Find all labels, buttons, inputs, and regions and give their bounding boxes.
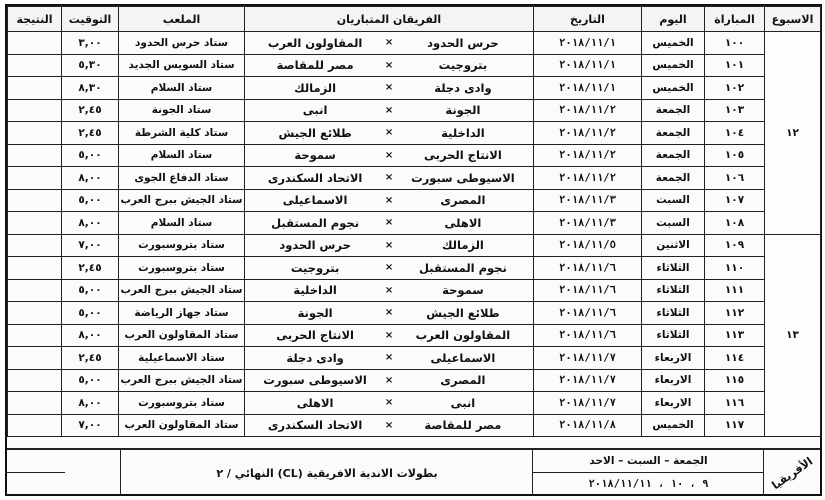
away-team: الانتاج الحربى (257, 328, 373, 342)
match-stadium: ستاد بتروسبورت (119, 392, 245, 415)
match-stadium: ستاد المقاولون العرب (119, 324, 245, 347)
vs-icon: × (385, 375, 393, 386)
match-date: ٢٠١٨/١١/٣ (534, 189, 642, 212)
table-row: ١١٧الخميس٢٠١٨/١١/٨ مصر للمقاصة × الاتحاد… (8, 414, 821, 437)
week-cell: ١٣ (765, 234, 821, 437)
match-stadium: ستاد الجيش ببرج العرب (119, 189, 245, 212)
match-result[interactable] (8, 54, 62, 77)
match-number: ١٠٩ (705, 234, 765, 257)
match-date: ٢٠١٨/١١/٣ (534, 212, 642, 235)
match-number: ١١٣ (705, 324, 765, 347)
match-time: ٨,٠٠ (62, 212, 119, 235)
match-teams: الداخلية × طلائع الجيش (245, 122, 534, 145)
match-time: ٢,٤٥ (62, 122, 119, 145)
match-day: الاثنين (642, 234, 705, 257)
match-number: ١١٦ (705, 392, 765, 415)
match-day: الجمعة (642, 99, 705, 122)
home-team: وادى دجلة (405, 81, 521, 95)
home-team: بتروجيت (405, 58, 521, 72)
schedule-body: ١٢١٠٠الخميس٢٠١٨/١١/١ حرس الحدود × المقاو… (8, 32, 821, 437)
schedule-sheet: الاسبوع المباراة اليوم التاريخ الفريقان … (5, 4, 822, 496)
match-date: ٢٠١٨/١١/٧ (534, 347, 642, 370)
match-day: الجمعة (642, 144, 705, 167)
away-team: المقاولون العرب (257, 36, 373, 50)
table-row: ١٣١٠٩الاثنين٢٠١٨/١١/٥ الزمالك × حرس الحد… (8, 234, 821, 257)
match-teams: مصر للمقاصة × الاتحاد السكندرى (245, 414, 534, 437)
match-number: ١٠٦ (705, 167, 765, 190)
match-date: ٢٠١٨/١١/٢ (534, 122, 642, 145)
match-stadium: ستاد السلام (119, 144, 245, 167)
header-week: الاسبوع (765, 7, 821, 32)
vs-icon: × (385, 172, 393, 183)
match-result[interactable] (8, 414, 62, 437)
table-row: ١٢١٠٠الخميس٢٠١٨/١١/١ حرس الحدود × المقاو… (8, 32, 821, 55)
match-date: ٢٠١٨/١١/١ (534, 77, 642, 100)
match-day: الخميس (642, 54, 705, 77)
match-number: ١١٠ (705, 257, 765, 280)
match-day: الجمعة (642, 122, 705, 145)
match-result[interactable] (8, 347, 62, 370)
home-team: المصرى (405, 373, 521, 387)
footer-row: الأفريقيا الجمعة – السبت – الاحد ٩ ، ١٠ … (7, 448, 820, 496)
match-time: ٨,٠٠ (62, 167, 119, 190)
table-row: ١٠٥الجمعة٢٠١٨/١١/٢ الانتاج الحربى × سموح… (8, 144, 821, 167)
match-stadium: ستاد الاسماعيلية (119, 347, 245, 370)
home-team: نجوم المستقبل (405, 261, 521, 275)
match-date: ٢٠١٨/١١/٦ (534, 302, 642, 325)
table-row: ١١٢الثلاثاء٢٠١٨/١١/٦ طلائع الجيش × الجون… (8, 302, 821, 325)
match-stadium: ستاد حرس الحدود (119, 32, 245, 55)
match-day: الخميس (642, 32, 705, 55)
match-result[interactable] (8, 167, 62, 190)
home-team: الاسيوطى سبورت (405, 171, 521, 185)
match-time: ٥,٠٠ (62, 144, 119, 167)
match-number: ١١٢ (705, 302, 765, 325)
away-team: الجونة (257, 306, 373, 320)
match-teams: الانتاج الحربى × سموحة (245, 144, 534, 167)
match-teams: الاسيوطى سبورت × الاتحاد السكندرى (245, 167, 534, 190)
match-stadium: ستاد الجونة (119, 99, 245, 122)
match-time: ٥,٠٠ (62, 189, 119, 212)
vs-icon: × (385, 82, 393, 93)
footer-title: بطولات الاندية الافريقية (CL) النهائي / … (120, 450, 533, 496)
match-number: ١٠٨ (705, 212, 765, 235)
table-row: ١١٦الاربعاء٢٠١٨/١١/٧ انبى × الاهلى ستاد … (8, 392, 821, 415)
match-date: ٢٠١٨/١١/٥ (534, 234, 642, 257)
match-result[interactable] (8, 324, 62, 347)
header-teams: الفريقان المتباريان (245, 7, 534, 32)
table-row: ١١٠الثلاثاء٢٠١٨/١١/٦ نجوم المستقبل × بتر… (8, 257, 821, 280)
header-day: اليوم (642, 7, 705, 32)
away-team: سموحة (257, 148, 373, 162)
footer-label: الأفريقيا (769, 454, 815, 491)
vs-icon: × (385, 420, 393, 431)
match-day: الجمعة (642, 167, 705, 190)
table-row: ١٠٧السبت٢٠١٨/١١/٣ المصرى × الاسماعيلى ست… (8, 189, 821, 212)
match-result[interactable] (8, 369, 62, 392)
away-team: انبى (257, 103, 373, 117)
match-teams: المصرى × الاسماعيلى (245, 189, 534, 212)
match-day: الثلاثاء (642, 302, 705, 325)
match-number: ١٠٠ (705, 32, 765, 55)
match-time: ٨,٠٠ (62, 392, 119, 415)
match-day: السبت (642, 189, 705, 212)
match-number: ١٠٧ (705, 189, 765, 212)
header-result: النتيجة (8, 7, 62, 32)
table-row: ١١٥الاربعاء٢٠١٨/١١/٧ المصرى × الاسيوطى س… (8, 369, 821, 392)
match-time: ٥,٣٠ (62, 54, 119, 77)
match-teams: انبى × الاهلى (245, 392, 534, 415)
footer-dates-cell: الجمعة – السبت – الاحد ٩ ، ١٠ ، ٢٠١٨/١١/… (532, 450, 764, 496)
match-number: ١٠٥ (705, 144, 765, 167)
match-teams: الجونة × انبى (245, 99, 534, 122)
match-stadium: ستاد السويس الجديد (119, 54, 245, 77)
footer-dates: ٩ ، ١٠ ، ٢٠١٨/١١/١١ (533, 473, 764, 495)
match-time: ٢,٤٥ (62, 99, 119, 122)
header-time: التوقيت (62, 7, 119, 32)
match-result[interactable] (8, 234, 62, 257)
match-teams: سموحة × الداخلية (245, 279, 534, 302)
table-row: ١١٤الاربعاء٢٠١٨/١١/٧ الاسماعيلى × وادى د… (8, 347, 821, 370)
match-day: الثلاثاء (642, 279, 705, 302)
footer-result-cell (7, 450, 65, 496)
match-result[interactable] (8, 279, 62, 302)
match-time: ٥,٠٠ (62, 369, 119, 392)
table-row: ١١١الثلاثاء٢٠١٨/١١/٦ سموحة × الداخلية ست… (8, 279, 821, 302)
match-time: ٥,٠٠ (62, 302, 119, 325)
match-day: الاربعاء (642, 392, 705, 415)
vs-icon: × (385, 397, 393, 408)
match-date: ٢٠١٨/١١/٨ (534, 414, 642, 437)
table-row: ١٠١الخميس٢٠١٨/١١/١ بتروجيت × مصر للمقاصة… (8, 54, 821, 77)
match-number: ١٠٣ (705, 99, 765, 122)
match-teams: بتروجيت × مصر للمقاصة (245, 54, 534, 77)
match-time: ٥,٠٠ (62, 279, 119, 302)
away-team: الداخلية (257, 283, 373, 297)
match-stadium: ستاد السلام (119, 212, 245, 235)
away-team: الاتحاد السكندرى (257, 171, 373, 185)
match-date: ٢٠١٨/١١/٢ (534, 167, 642, 190)
vs-icon: × (385, 195, 393, 206)
match-stadium: ستاد جهاز الرياضة (119, 302, 245, 325)
home-team: الانتاج الحربى (405, 148, 521, 162)
vs-icon: × (385, 150, 393, 161)
vs-icon: × (385, 105, 393, 116)
home-team: مصر للمقاصة (405, 418, 521, 432)
match-result[interactable] (8, 99, 62, 122)
home-team: الزمالك (405, 238, 521, 252)
vs-icon: × (385, 307, 393, 318)
match-time: ٨,٠٠ (62, 324, 119, 347)
match-date: ٢٠١٨/١١/٧ (534, 392, 642, 415)
home-team: الداخلية (405, 126, 521, 140)
away-team: حرس الحدود (257, 238, 373, 252)
away-team: وادى دجلة (257, 351, 373, 365)
match-day: الخميس (642, 77, 705, 100)
match-number: ١١١ (705, 279, 765, 302)
away-team: طلائع الجيش (257, 126, 373, 140)
table-row: ١٠٣الجمعة٢٠١٨/١١/٢ الجونة × انبى ستاد ال… (8, 99, 821, 122)
match-result[interactable] (8, 144, 62, 167)
table-row: ١١٣الثلاثاء٢٠١٨/١١/٦ المقاولون العرب × ا… (8, 324, 821, 347)
footer-days: الجمعة – السبت – الاحد (533, 450, 764, 473)
match-result[interactable] (8, 302, 62, 325)
match-number: ١١٤ (705, 347, 765, 370)
match-day: الاربعاء (642, 347, 705, 370)
match-teams: المقاولون العرب × الانتاج الحربى (245, 324, 534, 347)
table-row: ١٠٤الجمعة٢٠١٨/١١/٢ الداخلية × طلائع الجي… (8, 122, 821, 145)
home-team: طلائع الجيش (405, 306, 521, 320)
away-team: بتروجيت (257, 261, 373, 275)
away-team: مصر للمقاصة (257, 58, 373, 72)
match-teams: وادى دجلة × الزمالك (245, 77, 534, 100)
match-date: ٢٠١٨/١١/٧ (534, 369, 642, 392)
vs-icon: × (385, 127, 393, 138)
match-stadium: ستاد بتروسبورت (119, 234, 245, 257)
match-number: ١١٥ (705, 369, 765, 392)
header-stadium: الملعب (119, 7, 245, 32)
match-date: ٢٠١٨/١١/٦ (534, 324, 642, 347)
vs-icon: × (385, 285, 393, 296)
match-stadium: ستاد الجيش ببرج العرب (119, 279, 245, 302)
match-day: الثلاثاء (642, 324, 705, 347)
match-date: ٢٠١٨/١١/٦ (534, 279, 642, 302)
match-day: السبت (642, 212, 705, 235)
week-cell: ١٢ (765, 32, 821, 235)
home-team: سموحة (405, 283, 521, 297)
vs-icon: × (385, 330, 393, 341)
home-team: حرس الحدود (405, 36, 521, 50)
away-team: الزمالك (257, 81, 373, 95)
match-number: ١١٧ (705, 414, 765, 437)
footer-label-cell: الأفريقيا (763, 450, 820, 496)
table-row: ١٠٨السبت٢٠١٨/١١/٣ الاهلى × نجوم المستقبل… (8, 212, 821, 235)
home-team: المصرى (405, 193, 521, 207)
match-date: ٢٠١٨/١١/٦ (534, 257, 642, 280)
match-result[interactable] (8, 257, 62, 280)
away-team: نجوم المستقبل (257, 216, 373, 230)
match-time: ٨,٣٠ (62, 77, 119, 100)
vs-icon: × (385, 37, 393, 48)
vs-icon: × (385, 352, 393, 363)
header-match: المباراة (705, 7, 765, 32)
match-stadium: ستاد كلية الشرطة (119, 122, 245, 145)
away-team: الاسيوطى سبورت (257, 373, 373, 387)
match-day: الخميس (642, 414, 705, 437)
match-time: ٢,٤٥ (62, 257, 119, 280)
match-date: ٢٠١٨/١١/٢ (534, 144, 642, 167)
match-teams: الاهلى × نجوم المستقبل (245, 212, 534, 235)
away-team: الاهلى (257, 396, 373, 410)
match-day: الاربعاء (642, 369, 705, 392)
match-result[interactable] (8, 122, 62, 145)
match-result[interactable] (8, 32, 62, 55)
away-team: الاتحاد السكندرى (257, 418, 373, 432)
match-stadium: ستاد الجيش ببرج العرب (119, 369, 245, 392)
match-result[interactable] (8, 77, 62, 100)
match-date: ٢٠١٨/١١/١ (534, 32, 642, 55)
home-team: المقاولون العرب (405, 328, 521, 342)
match-time: ٧,٠٠ (62, 234, 119, 257)
match-stadium: ستاد بتروسبورت (119, 257, 245, 280)
match-teams: الاسماعيلى × وادى دجلة (245, 347, 534, 370)
header-row: الاسبوع المباراة اليوم التاريخ الفريقان … (8, 7, 821, 32)
match-day: الثلاثاء (642, 257, 705, 280)
table-row: ١٠٦الجمعة٢٠١٨/١١/٢ الاسيوطى سبورت × الات… (8, 167, 821, 190)
vs-icon: × (385, 240, 393, 251)
match-stadium: ستاد السلام (119, 77, 245, 100)
match-number: ١٠٤ (705, 122, 765, 145)
match-stadium: ستاد الدفاع الجوى (119, 167, 245, 190)
schedule-table: الاسبوع المباراة اليوم التاريخ الفريقان … (7, 6, 821, 437)
header-date: التاريخ (534, 7, 642, 32)
match-teams: الزمالك × حرس الحدود (245, 234, 534, 257)
table-row: ١٠٢الخميس٢٠١٨/١١/١ وادى دجلة × الزمالك س… (8, 77, 821, 100)
match-date: ٢٠١٨/١١/١ (534, 54, 642, 77)
vs-icon: × (385, 60, 393, 71)
away-team: الاسماعيلى (257, 193, 373, 207)
home-team: الاهلى (405, 216, 521, 230)
vs-icon: × (385, 217, 393, 228)
match-stadium: ستاد المقاولون العرب (119, 414, 245, 437)
match-teams: نجوم المستقبل × بتروجيت (245, 257, 534, 280)
match-teams: طلائع الجيش × الجونة (245, 302, 534, 325)
match-result[interactable] (8, 212, 62, 235)
home-team: الجونة (405, 103, 521, 117)
match-number: ١٠١ (705, 54, 765, 77)
match-result[interactable] (8, 392, 62, 415)
match-teams: حرس الحدود × المقاولون العرب (245, 32, 534, 55)
home-team: انبى (405, 396, 521, 410)
match-result[interactable] (8, 189, 62, 212)
match-time: ٢,٤٥ (62, 347, 119, 370)
match-time: ٣,٠٠ (62, 32, 119, 55)
match-teams: المصرى × الاسيوطى سبورت (245, 369, 534, 392)
home-team: الاسماعيلى (405, 351, 521, 365)
match-date: ٢٠١٨/١١/٢ (534, 99, 642, 122)
vs-icon: × (385, 262, 393, 273)
match-number: ١٠٢ (705, 77, 765, 100)
match-time: ٧,٠٠ (62, 414, 119, 437)
